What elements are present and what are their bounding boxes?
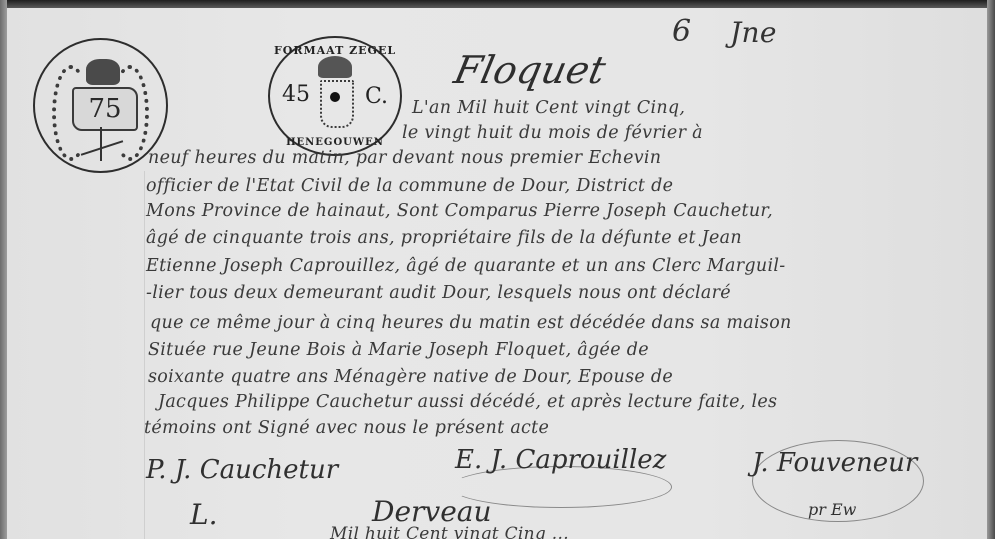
coat-of-arms-icon bbox=[320, 80, 354, 128]
body-line: -lier tous deux demeurant audit Dour, le… bbox=[146, 283, 731, 303]
next-entry-partial-line: Mil huit Cent vingt Cinq ... bbox=[330, 524, 569, 539]
body-line: Jacques Philippe Cauchetur aussi décédé,… bbox=[158, 392, 777, 412]
body-line: le vingt huit du mois de février à bbox=[402, 123, 703, 143]
page-reference-note: Jne bbox=[730, 16, 777, 49]
stamp-inner-ring: 75 bbox=[42, 47, 159, 164]
stamp-value: 45 bbox=[282, 82, 310, 107]
formaat-zegel-stamp: FORMAAT ZEGEL 45 C. HENEGOUWEN bbox=[268, 36, 402, 156]
signature-witness-2: E. J. Caprouillez bbox=[455, 445, 666, 475]
signature-subscript: pr Ew bbox=[808, 500, 856, 519]
signature-officer: J. Fouveneur bbox=[752, 448, 917, 478]
body-line: neuf heures du matin, par devant nous pr… bbox=[148, 148, 661, 168]
body-line: officier de l'Etat Civil de la commune d… bbox=[146, 176, 673, 196]
body-line: L'an Mil huit Cent vingt Cinq, bbox=[412, 98, 685, 118]
scanned-document: 75 FORMAAT ZEGEL 45 C. HENEGOUWEN 6 Jne … bbox=[0, 0, 995, 539]
body-line: Etienne Joseph Caprouillez, âgé de quara… bbox=[146, 256, 786, 276]
stamp-unit: C. bbox=[365, 84, 388, 109]
body-line: que ce même jour à cinq heures du matin … bbox=[150, 313, 792, 333]
crown-icon bbox=[318, 56, 352, 78]
signature-witness-1: P. J. Cauchetur bbox=[146, 455, 338, 485]
punch-hole bbox=[330, 92, 340, 102]
crown-icon bbox=[86, 59, 120, 85]
surname-heading: Floquet bbox=[450, 48, 609, 92]
stamp-value: 75 bbox=[72, 87, 138, 131]
flag-staff-icon bbox=[100, 127, 102, 161]
body-line: Mons Province de hainaut, Sont Comparus … bbox=[146, 201, 773, 221]
body-line: témoins ont Signé avec nous le présent a… bbox=[144, 418, 549, 438]
stamp-bottom-text: HENEGOUWEN bbox=[270, 137, 400, 148]
body-line: soixante quatre ans Ménagère native de D… bbox=[148, 367, 673, 387]
page-reference-number: 6 bbox=[672, 14, 691, 49]
scan-top-shadow bbox=[0, 0, 995, 8]
scan-left-edge bbox=[0, 0, 7, 539]
body-line: Située rue Jeune Bois à Marie Joseph Flo… bbox=[148, 340, 649, 360]
scan-right-edge bbox=[987, 0, 995, 539]
body-line: âgé de cinquante trois ans, propriétaire… bbox=[146, 228, 742, 248]
next-entry-initial: L. bbox=[190, 498, 218, 531]
margin-rule bbox=[144, 171, 145, 539]
